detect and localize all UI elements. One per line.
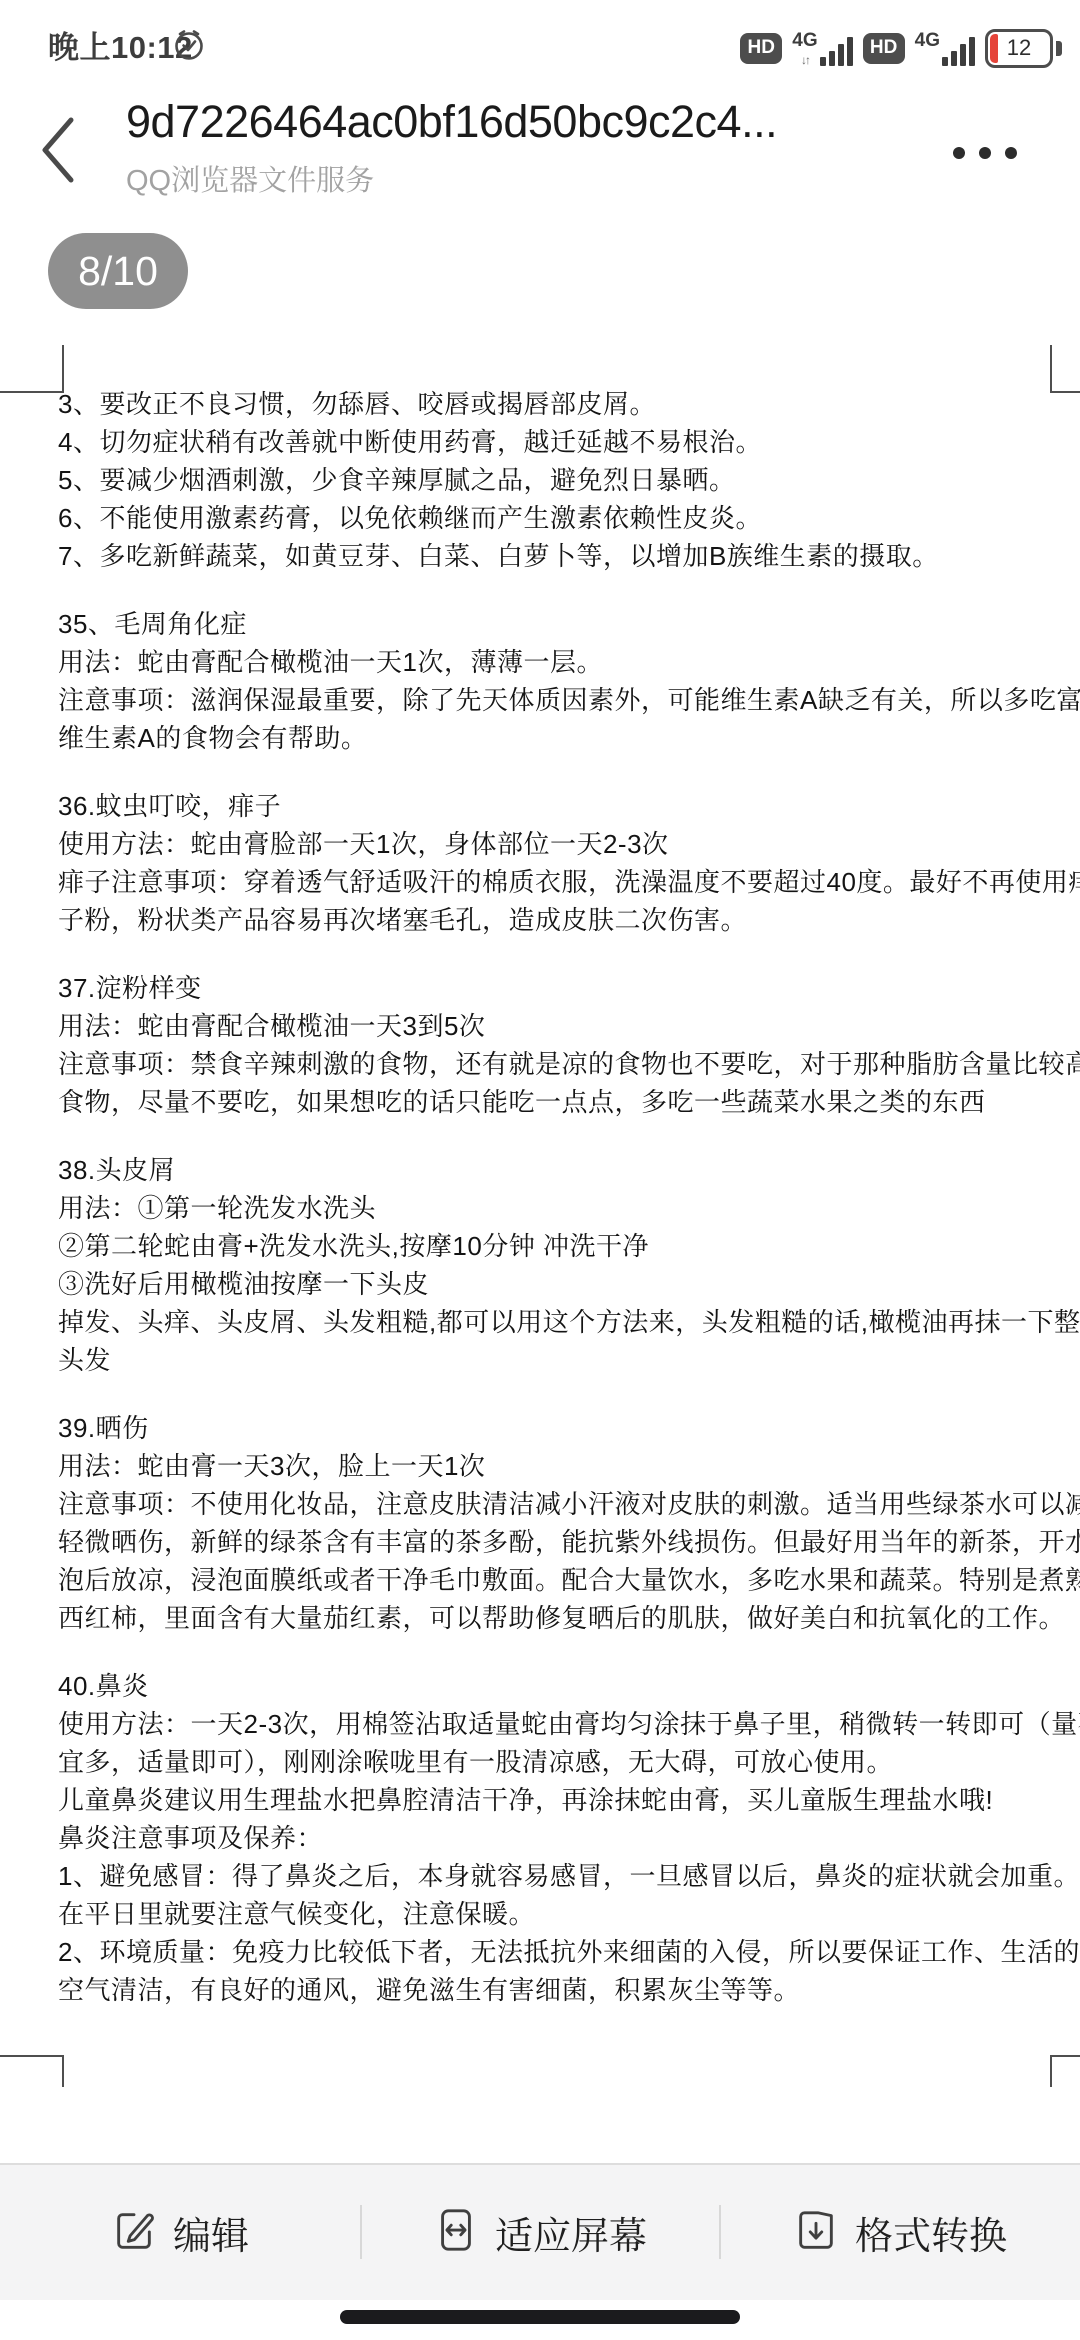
- more-options-button[interactable]: [930, 118, 1040, 188]
- doc-line: 西红柿，里面含有大量茄红素，可以帮助修复晒后的肌肤，做好美白和抗氧化的工作。: [58, 1599, 1058, 1637]
- doc-line: 36.蚊虫叮咬，痱子: [58, 787, 1058, 825]
- signal-bars-icon: [942, 36, 975, 66]
- doc-line: 空气清洁，有良好的通风，避免滋生有害细菌，积累灰尘等等。: [58, 1971, 1058, 2009]
- hd-icon: HD: [740, 33, 782, 64]
- doc-line: 4、切勿症状稍有改善就中断使用药膏，越迁延越不易根治。: [58, 423, 1058, 461]
- doc-line: 注意事项：禁食辛辣刺激的食物，还有就是凉的食物也不要吃，对于那种脂肪含量比较高的: [58, 1045, 1058, 1083]
- doc-line: 鼻炎注意事项及保养：: [58, 1819, 1058, 1857]
- battery-icon: 12: [985, 29, 1053, 68]
- doc-line: 注意事项：滋润保湿最重要，除了先天体质因素外，可能维生素A缺乏有关，所以多吃富含: [58, 681, 1058, 719]
- doc-line: 38.头皮屑: [58, 1151, 1058, 1189]
- alarm-icon: [172, 28, 206, 62]
- doc-line: 37.淀粉样变: [58, 969, 1058, 1007]
- edit-button[interactable]: 编辑: [0, 2165, 360, 2300]
- network-type-label: 4G: [915, 32, 940, 50]
- doc-section: 39.晒伤用法：蛇由膏一天3次，脸上一天1次注意事项：不使用化妆品，注意皮肤清洁…: [58, 1409, 1058, 1637]
- page-indicator-badge: 8/10: [48, 233, 188, 309]
- doc-line: ②第二轮蛇由膏+洗发水洗头,按摩10分钟 冲洗干净: [58, 1227, 1058, 1265]
- status-icons: HD 4G ↓↑ HD 4G 12: [740, 28, 1062, 68]
- doc-line: 使用方法：一天2-3次，用棉签沾取适量蛇由膏均匀涂抹于鼻子里，稍微转一转即可（量…: [58, 1705, 1058, 1743]
- doc-line: ③洗好后用橄榄油按摩一下头皮: [58, 1265, 1058, 1303]
- doc-line: 使用方法：蛇由膏脸部一天1次，身体部位一天2-3次: [58, 825, 1058, 863]
- page-corner-mark-bottom-left: [0, 2055, 64, 2087]
- file-name: 9d7226464ac0bf16d50bc9c2c4...: [126, 96, 926, 148]
- doc-line: 宜多，适量即可），刚刚涂喉咙里有一股清凉感，无大碍，可放心使用。: [58, 1743, 1058, 1781]
- status-bar: 晚上10:12 HD 4G ↓↑ HD 4G 12: [0, 0, 1080, 90]
- signal-icon-sim1: 4G ↓↑: [792, 30, 852, 66]
- network-type-label: 4G: [792, 32, 817, 50]
- doc-line: 儿童鼻炎建议用生理盐水把鼻腔清洁干净，再涂抹蛇由膏，买儿童版生理盐水哦!: [58, 1781, 1058, 1819]
- data-arrows-icon: ↓↑: [801, 54, 809, 66]
- document-text: 3、要改正不良习惯，勿舔唇、咬唇或揭唇部皮屑。4、切勿症状稍有改善就中断使用药膏…: [58, 385, 1058, 2039]
- doc-line: 1、避免感冒：得了鼻炎之后，本身就容易感冒，一旦感冒以后，鼻炎的症状就会加重。所…: [58, 1857, 1058, 1895]
- edit-label: 编辑: [173, 2205, 249, 2260]
- doc-line: 子粉，粉状类产品容易再次堵塞毛孔，造成皮肤二次伤害。: [58, 901, 1058, 939]
- doc-section: 40.鼻炎使用方法：一天2-3次，用棉签沾取适量蛇由膏均匀涂抹于鼻子里，稍微转一…: [58, 1667, 1058, 2009]
- file-title-block: 9d7226464ac0bf16d50bc9c2c4... QQ浏览器文件服务: [126, 96, 926, 199]
- edit-icon: [111, 2207, 157, 2258]
- fit-screen-button[interactable]: 适应屏幕: [360, 2165, 720, 2300]
- doc-line: 轻微晒伤，新鲜的绿茶含有丰富的茶多酚，能抗紫外线损伤。但最好用当年的新茶，开水冲: [58, 1523, 1058, 1561]
- doc-section: 37.淀粉样变用法：蛇由膏配合橄榄油一天3到5次注意事项：禁食辛辣刺激的食物，还…: [58, 969, 1058, 1121]
- doc-line: 用法：蛇由膏配合橄榄油一天1次，薄薄一层。: [58, 643, 1058, 681]
- format-convert-label: 格式转换: [855, 2205, 1007, 2260]
- toolbar-divider: [719, 2205, 721, 2259]
- doc-line: 5、要减少烟酒刺激，少食辛辣厚腻之品，避免烈日暴晒。: [58, 461, 1058, 499]
- doc-line: 在平日里就要注意气候变化，注意保暖。: [58, 1895, 1058, 1933]
- doc-line: 维生素A的食物会有帮助。: [58, 719, 1058, 757]
- doc-line: 头发: [58, 1341, 1058, 1379]
- format-convert-icon: [793, 2207, 839, 2258]
- more-dots-icon: [1005, 147, 1017, 159]
- document-viewport[interactable]: 8/10 3、要改正不良习惯，勿舔唇、咬唇或揭唇部皮屑。4、切勿症状稍有改善就中…: [0, 215, 1080, 2163]
- doc-line: 痱子注意事项：穿着透气舒适吸汗的棉质衣服，洗澡温度不要超过40度。最好不再使用痱: [58, 863, 1058, 901]
- chevron-left-icon: [37, 115, 77, 190]
- fit-screen-icon: [433, 2207, 479, 2258]
- battery-level-fill: [990, 34, 998, 63]
- more-dots-icon: [953, 147, 965, 159]
- title-bar: 9d7226464ac0bf16d50bc9c2c4... QQ浏览器文件服务: [0, 90, 1080, 213]
- fit-screen-label: 适应屏幕: [495, 2205, 647, 2260]
- doc-section: 36.蚊虫叮咬，痱子使用方法：蛇由膏脸部一天1次，身体部位一天2-3次痱子注意事…: [58, 787, 1058, 939]
- doc-line: 用法：蛇由膏配合橄榄油一天3到5次: [58, 1007, 1058, 1045]
- doc-section: 38.头皮屑用法：①第一轮洗发水洗头②第二轮蛇由膏+洗发水洗头,按摩10分钟 冲…: [58, 1151, 1058, 1379]
- doc-line: 3、要改正不良习惯，勿舔唇、咬唇或揭唇部皮屑。: [58, 385, 1058, 423]
- doc-line: 2、环境质量：免疫力比较低下者，无法抵抗外来细菌的入侵，所以要保证工作、生活的环…: [58, 1933, 1058, 1971]
- doc-line: 掉发、头痒、头皮屑、头发粗糙,都可以用这个方法来，头发粗糙的话,橄榄油再抹一下整…: [58, 1303, 1058, 1341]
- page-corner-mark-top-left: [0, 345, 64, 393]
- more-dots-icon: [979, 147, 991, 159]
- doc-line: 用法：①第一轮洗发水洗头: [58, 1189, 1058, 1227]
- hd-icon: HD: [863, 33, 905, 64]
- bottom-toolbar: 编辑 适应屏幕 格式转换: [0, 2163, 1080, 2300]
- page-corner-mark-bottom-right: [1050, 2055, 1080, 2087]
- doc-line: 7、多吃新鲜蔬菜，如黄豆芽、白菜、白萝卜等，以增加B族维生素的摄取。: [58, 537, 1058, 575]
- doc-line: 食物，尽量不要吃，如果想吃的话只能吃一点点，多吃一些蔬菜水果之类的东西: [58, 1083, 1058, 1121]
- doc-line: 用法：蛇由膏一天3次，脸上一天1次: [58, 1447, 1058, 1485]
- doc-line: 6、不能使用激素药膏，以免依赖继而产生激素依赖性皮炎。: [58, 499, 1058, 537]
- signal-icon-sim2: 4G: [915, 30, 975, 66]
- doc-line: 40.鼻炎: [58, 1667, 1058, 1705]
- navigation-strip: [0, 2300, 1080, 2340]
- doc-section: 35、毛周角化症用法：蛇由膏配合橄榄油一天1次，薄薄一层。注意事项：滋润保湿最重…: [58, 605, 1058, 757]
- back-button[interactable]: [22, 102, 92, 202]
- doc-line: 39.晒伤: [58, 1409, 1058, 1447]
- toolbar-divider: [360, 2205, 362, 2259]
- battery-nub: [1056, 41, 1062, 56]
- battery-percent: 12: [1007, 35, 1031, 61]
- doc-line: 泡后放凉，浸泡面膜纸或者干净毛巾敷面。配合大量饮水，多吃水果和蔬菜。特别是煮熟的: [58, 1561, 1058, 1599]
- file-source-label: QQ浏览器文件服务: [126, 158, 926, 199]
- doc-section: 3、要改正不良习惯，勿舔唇、咬唇或揭唇部皮屑。4、切勿症状稍有改善就中断使用药膏…: [58, 385, 1058, 575]
- format-convert-button[interactable]: 格式转换: [720, 2165, 1080, 2300]
- doc-line: 35、毛周角化症: [58, 605, 1058, 643]
- home-indicator[interactable]: [340, 2310, 740, 2324]
- signal-bars-icon: [820, 36, 853, 66]
- doc-line: 注意事项：不使用化妆品，注意皮肤清洁减小汗液对皮肤的刺激。适当用些绿茶水可以减缓: [58, 1485, 1058, 1523]
